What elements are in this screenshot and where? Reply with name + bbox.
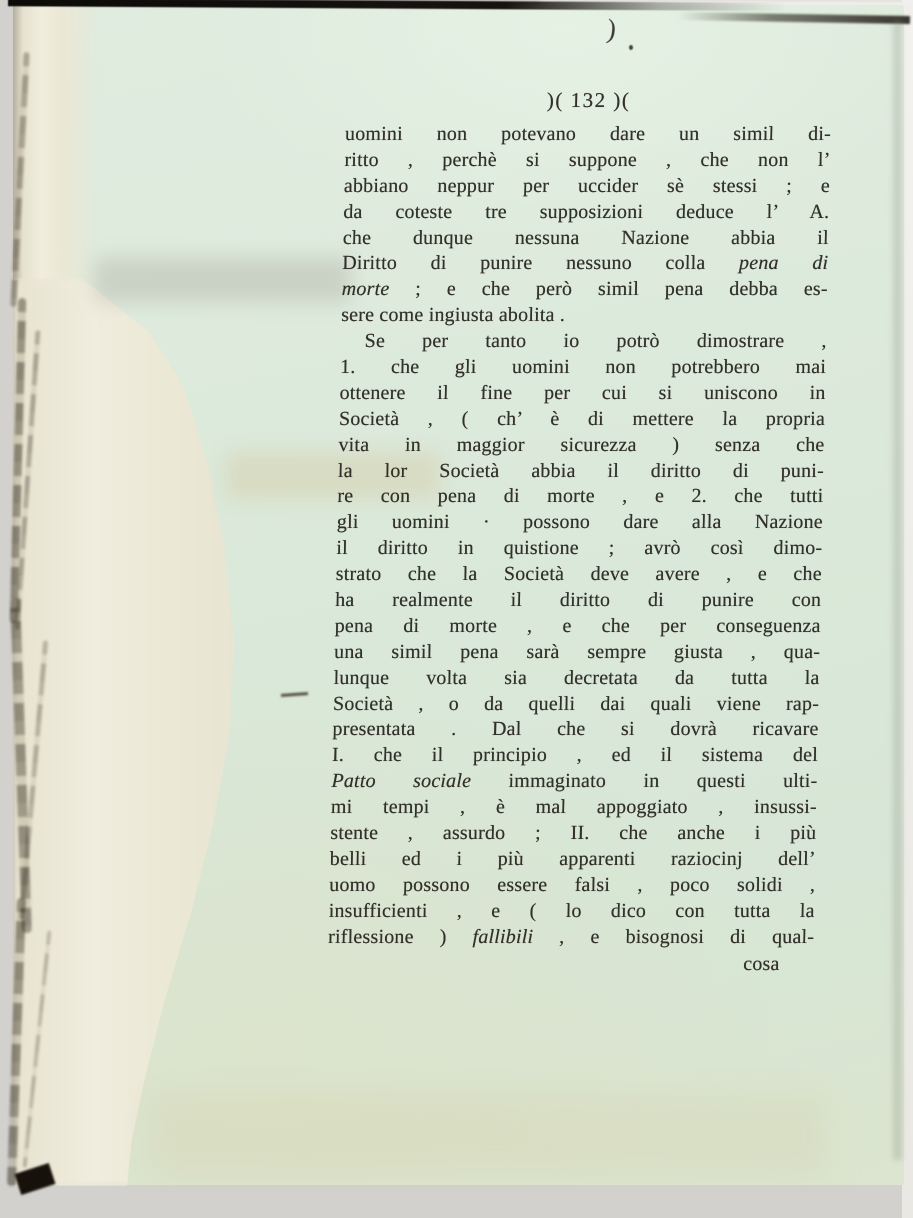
text-line: strato che la Società deve avere , e che bbox=[335, 562, 822, 588]
text-segment: ritto , perchè si suppone , che non l’ bbox=[344, 149, 830, 171]
text-line: 1. che gli uomini non potrebbero mai bbox=[340, 355, 827, 381]
italic-text-segment: fallibili bbox=[472, 926, 533, 948]
text-segment: Società , ( ch’ è di mettere la propria bbox=[339, 408, 825, 430]
text-segment: , e bisognosi di qual- bbox=[533, 926, 814, 948]
text-segment: ottenere il fine per cui si uniscono in bbox=[339, 382, 825, 404]
text-segment: lunque volta sia decretata da tutta la bbox=[333, 667, 819, 689]
text-line: da coteste tre supposizioni deduce l’ A. bbox=[343, 200, 830, 226]
text-line: Se per tanto io potrò dimostrare , bbox=[340, 329, 827, 355]
text-segment: insufficienti , e ( lo dico con tutta la bbox=[328, 900, 814, 922]
text-lines: uomini non potevano dare un simil di-rit… bbox=[328, 122, 831, 951]
page-gray-smear bbox=[95, 258, 350, 302]
text-line: ottenere il fine per cui si uniscono in bbox=[339, 381, 826, 407]
text-segment: re con pena di morte , e 2. che tutti bbox=[337, 485, 823, 507]
text-line: Patto sociale immaginato in questi ulti- bbox=[331, 769, 818, 795]
text-line: ritto , perchè si suppone , che non l’ bbox=[344, 148, 831, 174]
page-bottom-stain bbox=[150, 1092, 830, 1177]
italic-text-segment: morte bbox=[342, 278, 390, 300]
text-line: Società , ( ch’ è di mettere la propria bbox=[339, 407, 826, 433]
text-line: ha realmente il diritto di punire con bbox=[335, 588, 822, 614]
text-line: uomo possono essere falsi , poco solidi … bbox=[329, 873, 816, 899]
text-line: abbiano neppur per uccider sè stessi ; e bbox=[344, 174, 831, 200]
text-segment: Diritto di punire nessuno colla bbox=[342, 252, 739, 274]
text-segment: belli ed i più apparenti raziocinj dell’ bbox=[330, 848, 816, 870]
text-segment: Se per tanto io potrò dimostrare , bbox=[364, 330, 826, 352]
text-segment: immaginato in questi ulti- bbox=[471, 770, 818, 792]
text-segment: vita in maggior sicurezza ) senza che bbox=[338, 434, 824, 456]
text-segment: da coteste tre supposizioni deduce l’ A. bbox=[343, 201, 829, 223]
text-segment: presentata . Dal che si dovrà ricavare bbox=[332, 718, 818, 740]
text-segment: una simil pena sarà sempre giusta , qua- bbox=[334, 641, 820, 663]
text-line: stente , assurdo ; II. che anche i più bbox=[330, 821, 817, 847]
text-line: che dunque nessuna Nazione abbia il bbox=[343, 226, 830, 252]
text-line: una simil pena sarà sempre giusta , qua- bbox=[334, 640, 821, 666]
text-segment: sere come ingiusta abolita . bbox=[341, 304, 565, 326]
text-line: sere come ingiusta abolita . bbox=[341, 303, 828, 329]
text-line: vita in maggior sicurezza ) senza che bbox=[338, 433, 825, 459]
catchword: cosa bbox=[327, 951, 814, 977]
text-line: pena di morte , e che per conseguenza bbox=[334, 614, 821, 640]
text-line: uomini non potevano dare un simil di- bbox=[345, 122, 832, 148]
text-line: il diritto in quistione ; avrò così dimo… bbox=[336, 536, 823, 562]
scanned-book-page: ) )( 132 )( uomini non potevano dare un … bbox=[0, 0, 913, 1218]
text-segment: riflessione ) bbox=[328, 926, 473, 948]
text-segment: 1. che gli uomini non potrebbero mai bbox=[340, 356, 826, 378]
text-line: re con pena di morte , e 2. che tutti bbox=[337, 484, 824, 510]
text-segment: mi tempi , è mal appoggiato , insussi- bbox=[331, 796, 817, 818]
text-segment: uomini non potevano dare un simil di- bbox=[345, 123, 831, 145]
text-line: lunque volta sia decretata da tutta la bbox=[333, 666, 820, 692]
text-line: Diritto di punire nessuno colla pena di bbox=[342, 251, 829, 277]
text-line: insufficienti , e ( lo dico con tutta la bbox=[328, 899, 815, 925]
text-segment: uomo possono essere falsi , poco solidi … bbox=[329, 874, 815, 896]
text-line: la lor Società abbia il diritto di puni- bbox=[338, 459, 825, 485]
text-line: belli ed i più apparenti raziocinj dell’ bbox=[330, 847, 817, 873]
page-right-edge-shadow bbox=[893, 20, 902, 1160]
text-segment: gli uomini · possono dare alla Nazione bbox=[337, 511, 823, 533]
text-line: I. che il principio , ed il sistema del bbox=[332, 743, 819, 769]
text-line: morte ; e che però simil pena debba es- bbox=[341, 277, 828, 303]
stray-ink-dot bbox=[629, 45, 633, 50]
text-segment: Società , o da quelli dai quali viene ra… bbox=[333, 693, 819, 715]
text-line: presentata . Dal che si dovrà ricavare bbox=[332, 717, 819, 743]
text-line: gli uomini · possono dare alla Nazione bbox=[337, 510, 824, 536]
text-segment: strato che la Società deve avere , e che bbox=[336, 563, 822, 585]
text-segment: pena di morte , e che per conseguenza bbox=[334, 615, 820, 637]
text-segment: che dunque nessuna Nazione abbia il bbox=[343, 227, 829, 249]
text-segment: il diritto in quistione ; avrò così dimo… bbox=[336, 537, 822, 559]
text-block: )( 132 )( uomini non potevano dare un si… bbox=[327, 86, 832, 977]
text-segment: ha realmente il diritto di punire con bbox=[335, 589, 821, 611]
italic-text-segment: pena di bbox=[739, 252, 829, 274]
text-line: mi tempi , è mal appoggiato , insussi- bbox=[331, 795, 818, 821]
italic-text-segment: Patto sociale bbox=[331, 770, 471, 792]
text-line: Società , o da quelli dai quali viene ra… bbox=[333, 692, 820, 718]
text-segment: stente , assurdo ; II. che anche i più bbox=[330, 822, 816, 844]
page-number-header: )( 132 )( bbox=[345, 86, 832, 122]
text-segment: I. che il principio , ed il sistema del bbox=[332, 744, 818, 766]
text-segment: abbiano neppur per uccider sè stessi ; e bbox=[344, 175, 830, 197]
text-segment: ; e che però simil pena debba es- bbox=[389, 278, 828, 300]
text-line: riflessione ) fallibili , e bisognosi di… bbox=[328, 925, 815, 951]
text-segment: la lor Società abbia il diritto di puni- bbox=[338, 460, 824, 482]
